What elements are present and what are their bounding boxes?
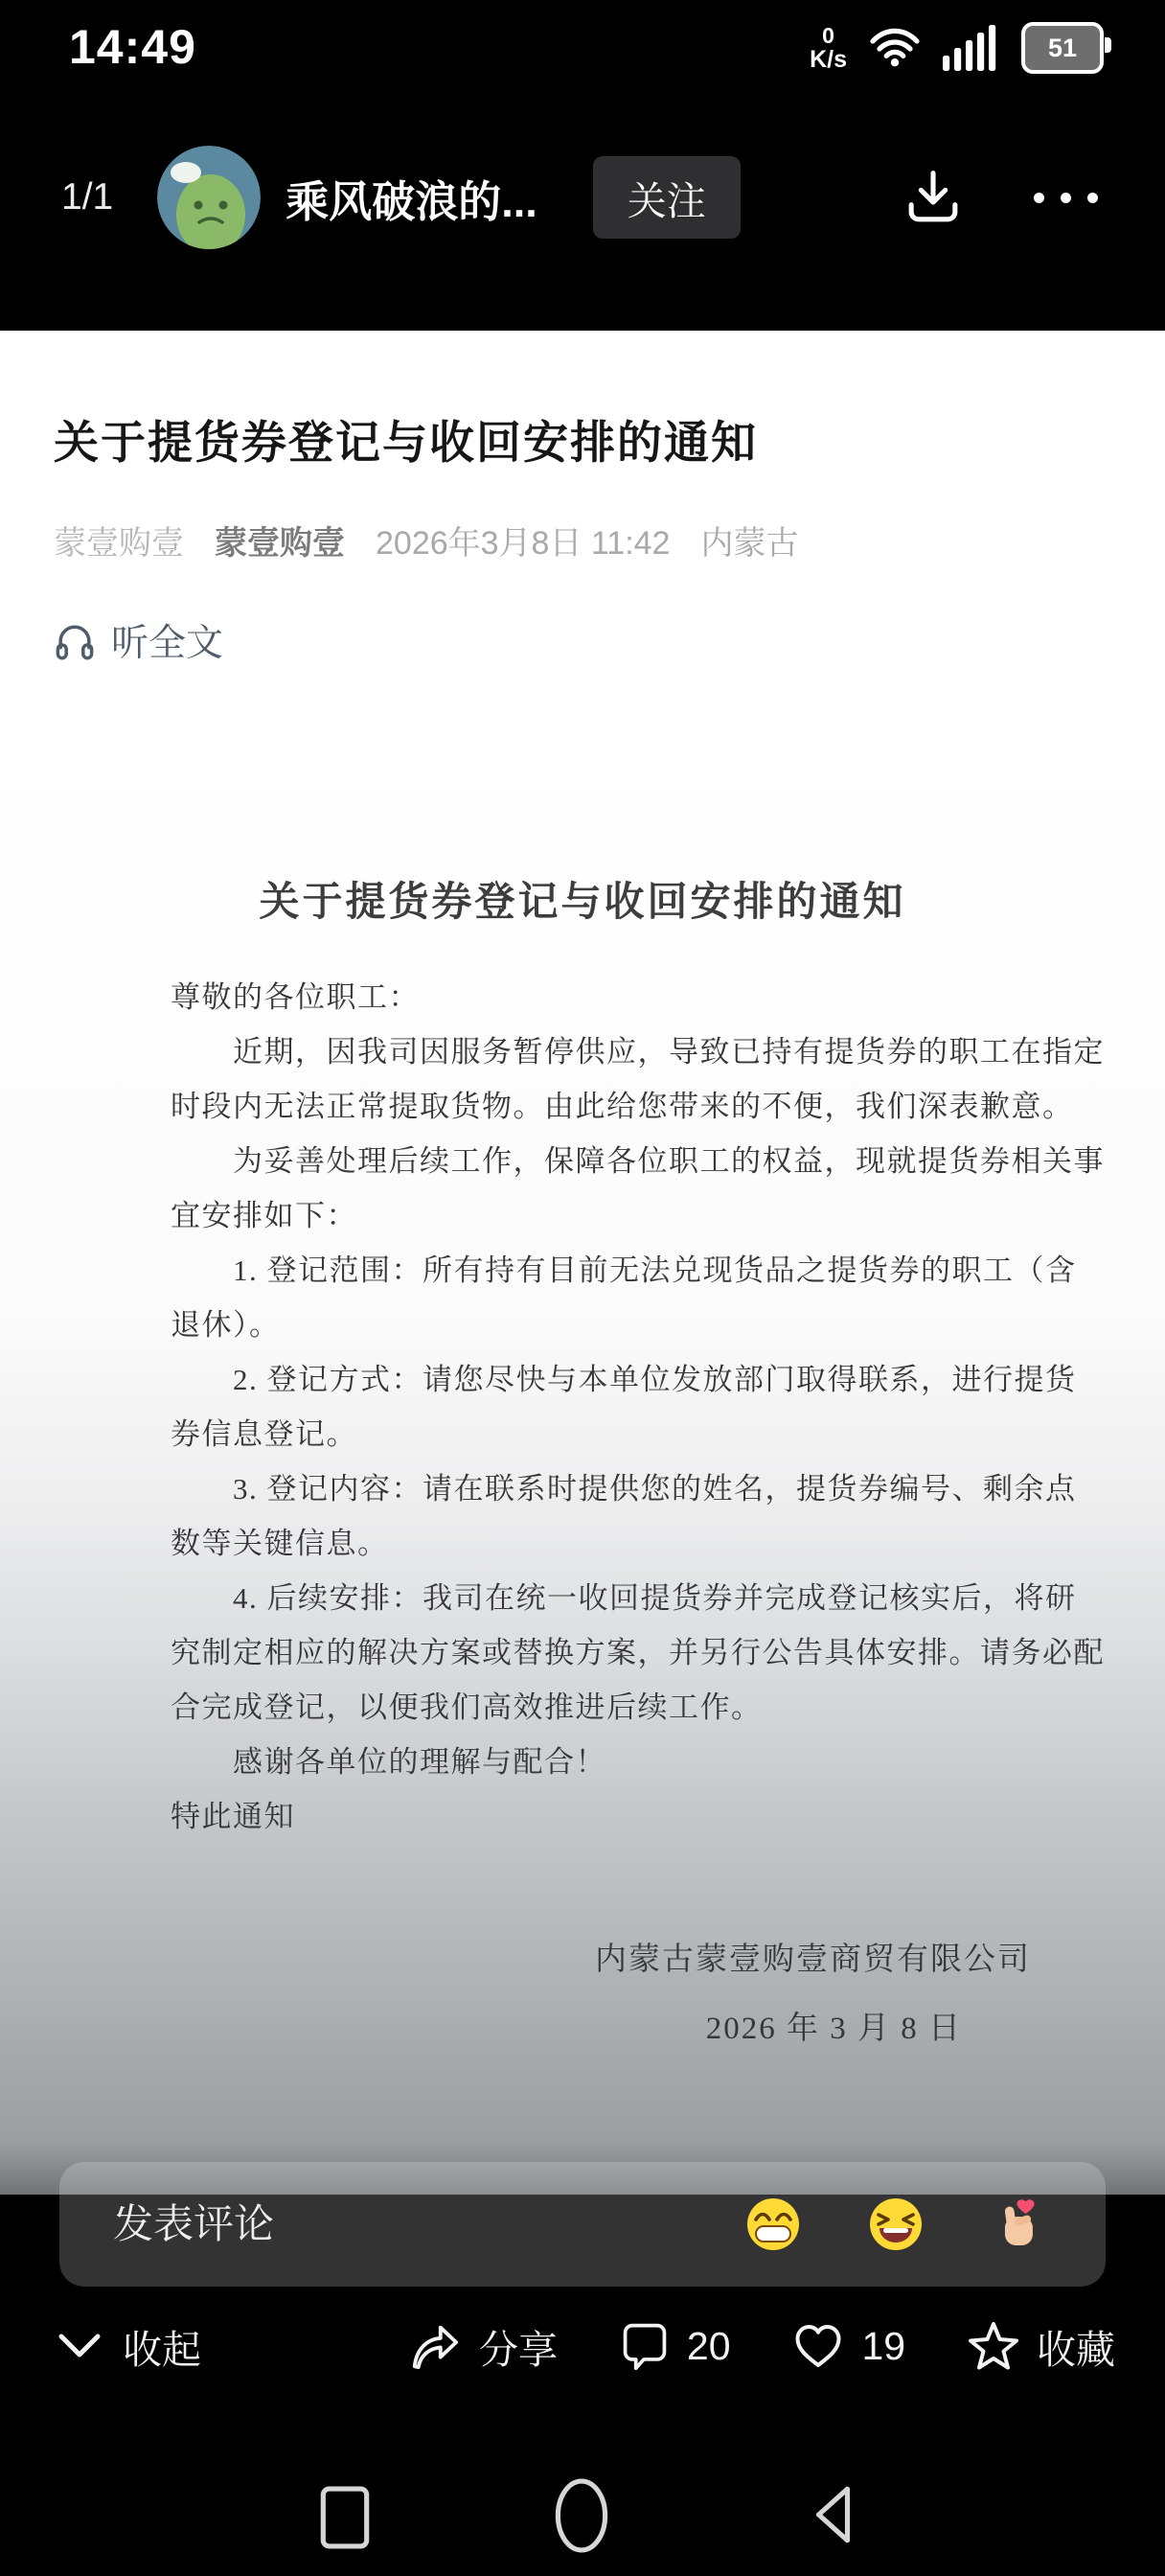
home-icon[interactable] xyxy=(554,2478,609,2553)
grinning-face-emoji[interactable] xyxy=(745,2196,801,2252)
notice-line: 2. 登记方式：请您尽快与本单位发放部门取得联系，进行提货 xyxy=(171,1352,1014,1407)
notice-line: 1. 登记范围：所有持有目前无法兑现货品之提货券的职工（含 xyxy=(171,1243,1014,1298)
network-speed-indicator: 0 K/s xyxy=(810,25,847,72)
comment-input[interactable] xyxy=(111,2200,745,2248)
quick-emoji-row xyxy=(745,2196,1046,2252)
username[interactable]: 乘风破浪的... xyxy=(286,167,537,229)
android-nav-bar xyxy=(0,2453,1165,2576)
cellular-signal-icon xyxy=(943,25,998,71)
listen-label: 听全文 xyxy=(111,613,223,667)
finger-heart-emoji[interactable] xyxy=(991,2196,1046,2252)
headphones-icon xyxy=(54,619,96,661)
publish-location: 内蒙古 xyxy=(700,517,798,563)
notice-line: 近期，因我司因服务暂停供应，导致已持有提货券的职工在指定 xyxy=(171,1024,1014,1079)
notice-line: 宜安排如下： xyxy=(171,1188,1014,1243)
notice-line: 尊敬的各位职工： xyxy=(171,970,1014,1024)
notice-signature-date: 2026 年 3 月 8 日 xyxy=(706,2003,962,2048)
notice-line: 券信息登记。 xyxy=(171,1407,1014,1461)
author-repost[interactable]: 蒙壹购壹 xyxy=(54,517,184,563)
notice-line: 3. 登记内容：请在联系时提供您的姓名，提货券编号、剩余点 xyxy=(171,1461,1014,1516)
heart-icon xyxy=(792,2322,844,2370)
comment-count: 20 xyxy=(687,2324,731,2369)
back-icon[interactable] xyxy=(811,2484,855,2545)
notice-line: 感谢各单位的理解与配合！ xyxy=(171,1735,1014,1789)
collapse-label: 收起 xyxy=(123,2318,201,2375)
author-name[interactable]: 蒙壹购壹 xyxy=(215,517,345,563)
notice-body: 尊敬的各位职工： 近期，因我司因服务暂停供应，导致已持有提货券的职工在指定时段内… xyxy=(171,970,1014,1844)
notice-line: 合完成登记，以便我们高效推进后续工作。 xyxy=(171,1680,1014,1735)
page-indicator: 1/1 xyxy=(61,176,113,218)
more-icon[interactable] xyxy=(1034,193,1098,203)
article-title: 关于提货券登记与收回安排的通知 xyxy=(54,413,1111,472)
laughing-face-emoji[interactable] xyxy=(868,2196,924,2252)
share-button[interactable]: 分享 xyxy=(406,2318,558,2375)
notice-line: 4. 后续安排：我司在统一收回提货券并完成登记核实后，将研 xyxy=(171,1571,1014,1625)
wifi-icon xyxy=(870,27,920,69)
star-icon xyxy=(968,2321,1019,2371)
comment-button[interactable]: 20 xyxy=(620,2320,731,2372)
viewer-header: 1/1 乘风破浪的... 关注 xyxy=(0,142,1165,253)
notice-title: 关于提货券登记与收回安排的通知 xyxy=(0,870,1165,928)
notice-photo[interactable]: 关于提货券登记与收回安排的通知 尊敬的各位职工： 近期，因我司因服务暂停供应，导… xyxy=(0,728,1165,2195)
notice-line: 退休）。 xyxy=(171,1298,1014,1352)
notice-line: 究制定相应的解决方案或替换方案，并另行公告具体安排。请务必配 xyxy=(171,1625,1014,1680)
network-speed-unit: K/s xyxy=(810,48,847,72)
collapse-button[interactable]: 收起 xyxy=(57,2302,201,2390)
chevron-down-icon xyxy=(57,2333,102,2359)
battery-icon: 51 xyxy=(1021,22,1104,74)
battery-level: 51 xyxy=(1048,34,1077,63)
avatar[interactable] xyxy=(157,146,261,249)
action-bar: 收起 分享 20 19 xyxy=(0,2302,1165,2390)
like-button[interactable]: 19 xyxy=(792,2322,905,2370)
comment-icon xyxy=(620,2320,670,2372)
share-label: 分享 xyxy=(479,2318,558,2375)
status-bar: 14:49 0 K/s 51 xyxy=(0,0,1165,96)
article-panel: 关于提货券登记与收回安排的通知 蒙壹购壹 蒙壹购壹 2026年3月8日 11:4… xyxy=(0,331,1165,2195)
comment-bar xyxy=(59,2162,1106,2287)
status-icons: 0 K/s 51 xyxy=(810,15,1104,80)
listen-full-text-button[interactable]: 听全文 xyxy=(54,613,1111,667)
network-speed-value: 0 xyxy=(822,25,834,47)
notice-line: 特此通知 xyxy=(171,1789,1014,1844)
notice-signature-company: 内蒙古蒙壹购壹商贸有限公司 xyxy=(595,1934,1031,1979)
app-screen: 14:49 0 K/s 51 xyxy=(0,0,1165,2576)
like-count: 19 xyxy=(861,2324,905,2369)
follow-button[interactable]: 关注 xyxy=(593,156,741,239)
notice-line: 为妥善处理后续工作，保障各位职工的权益，现就提货券相关事 xyxy=(171,1134,1014,1188)
download-icon[interactable] xyxy=(902,166,965,229)
clock: 14:49 xyxy=(69,19,196,75)
favorite-button[interactable]: 收藏 xyxy=(968,2318,1115,2375)
notice-line: 数等关键信息。 xyxy=(171,1516,1014,1571)
publish-datetime: 2026年3月8日 11:42 xyxy=(376,517,670,563)
recents-icon[interactable] xyxy=(320,2486,370,2549)
share-icon xyxy=(406,2320,462,2372)
byline: 蒙壹购壹 蒙壹购壹 2026年3月8日 11:42 内蒙古 xyxy=(54,517,1111,563)
notice-line: 时段内无法正常提取货物。由此给您带来的不便，我们深表歉意。 xyxy=(171,1079,1014,1134)
favorite-label: 收藏 xyxy=(1037,2318,1115,2375)
